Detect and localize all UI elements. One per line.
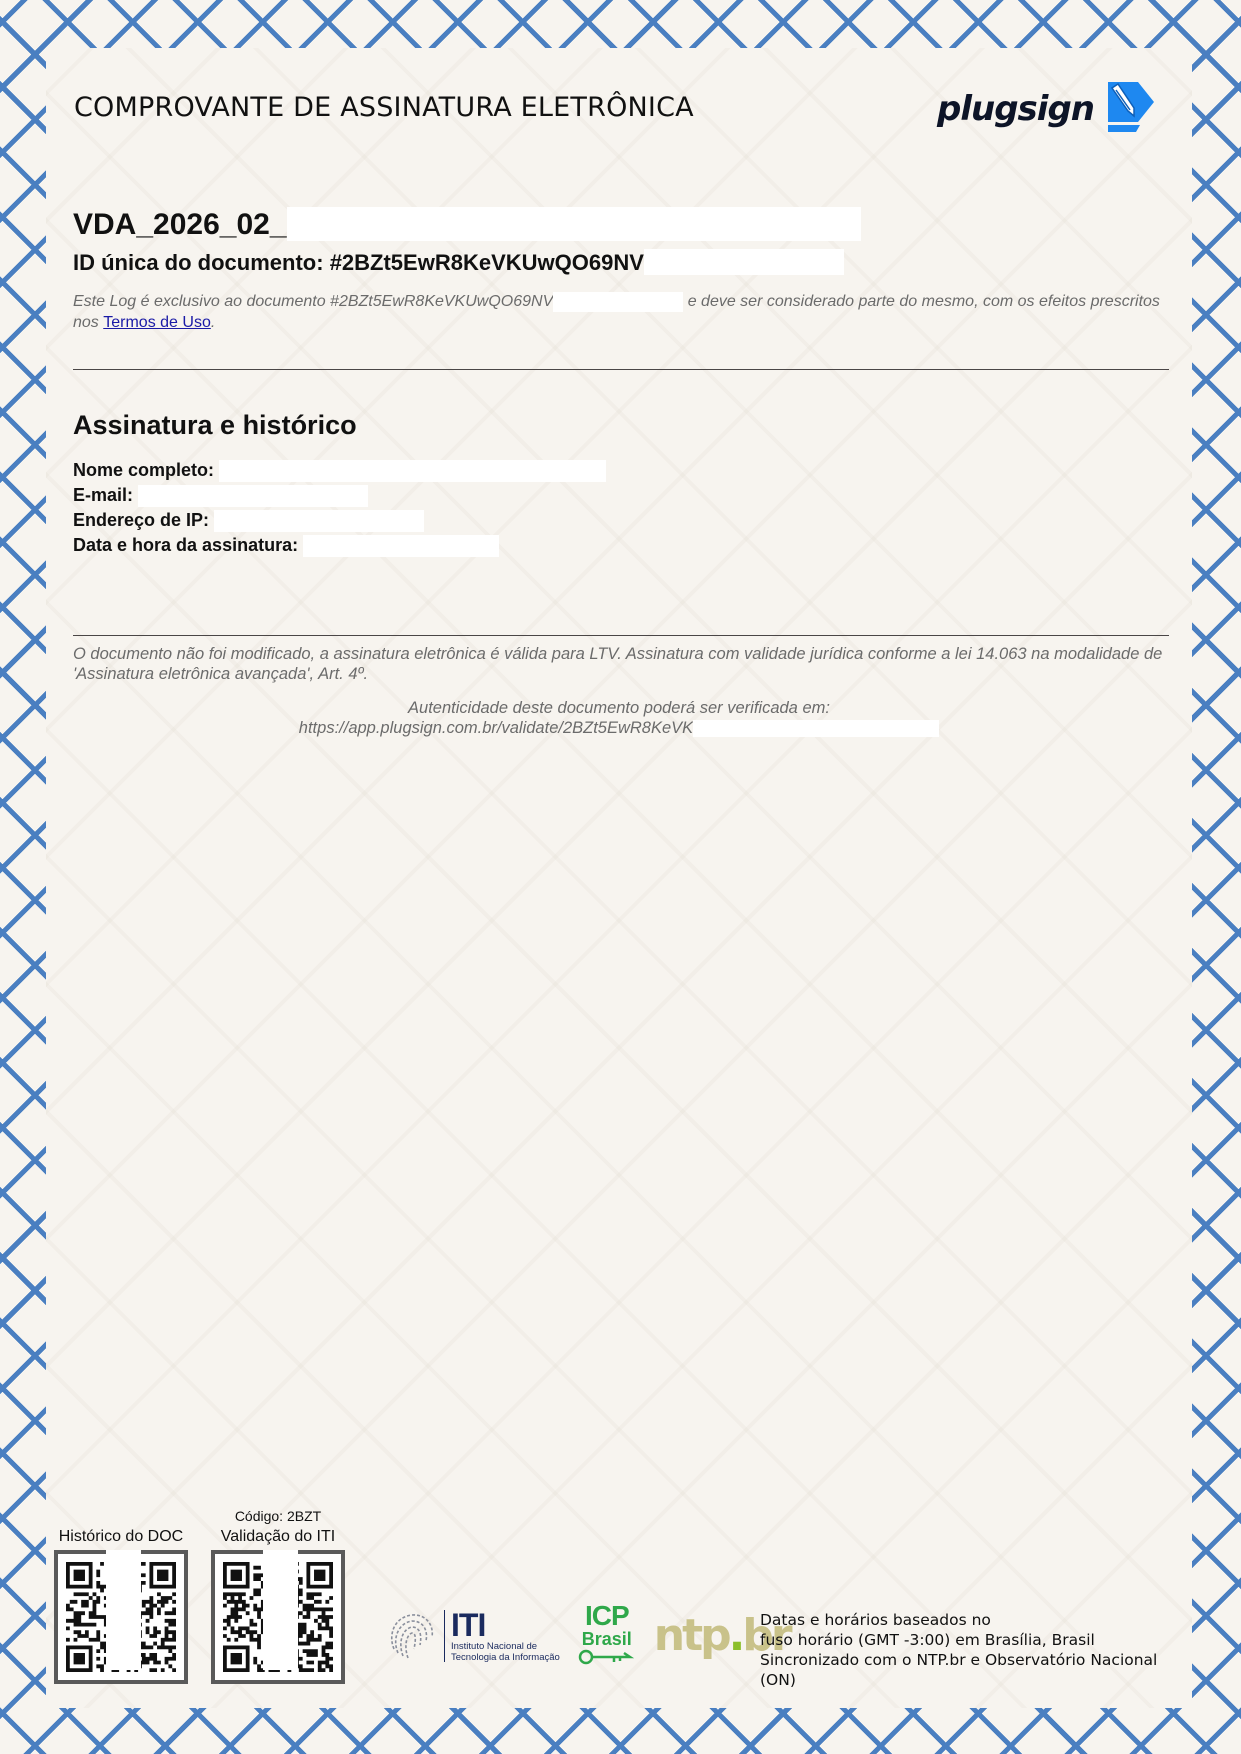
page-title: COMPROVANTE DE ASSINATURA ELETRÔNICA	[74, 92, 694, 123]
fingerprint-icon	[384, 1605, 438, 1668]
redacted-document-name	[287, 207, 861, 241]
terms-of-use-link[interactable]: Termos de Uso	[103, 314, 211, 331]
verification-info: Autenticidade deste documento poderá ser…	[46, 698, 1192, 738]
qr-iti-label: Validação do ITI	[211, 1528, 345, 1550]
receipt-page: COMPROVANTE DE ASSINATURA ELETRÔNICA plu…	[46, 48, 1192, 1708]
redacted-url-fragment	[693, 720, 939, 737]
redacted-email	[138, 485, 368, 507]
qr-code-history[interactable]	[54, 1550, 188, 1684]
redacted-signature-datetime	[303, 535, 499, 557]
icp-brasil-logo: ICP Brasil	[578, 1602, 636, 1670]
document-id-value: #2BZt5EwR8KeVKUwQO69NV	[330, 250, 644, 275]
field-email: E-mail:	[73, 483, 606, 508]
redacted-ip-address	[214, 510, 424, 532]
divider	[73, 635, 1169, 636]
qr-history-label: Histórico do DOC	[54, 1528, 188, 1550]
verification-url[interactable]: https://app.plugsign.com.br/validate/2BZ…	[299, 719, 693, 737]
redacted-full-name	[219, 460, 606, 482]
divider	[73, 369, 1169, 370]
log-exclusivity-note: Este Log é exclusivo ao documento #2BZt5…	[73, 291, 1163, 333]
document-name: VDA_2026_02_	[73, 208, 861, 242]
qr-history: Histórico do DOC	[54, 1508, 188, 1684]
logo-text: plugsign	[937, 89, 1094, 129]
qr-code-label: Código: 2BZT	[211, 1508, 345, 1528]
key-icon	[578, 1648, 636, 1670]
qr-code-iti[interactable]	[211, 1550, 345, 1684]
iti-logo: ITI Instituto Nacional de Tecnologia da …	[384, 1605, 560, 1668]
legal-validity-statement: O documento não foi modificado, a assina…	[73, 644, 1169, 684]
field-ip-address: Endereço de IP:	[73, 508, 606, 533]
pen-signature-icon	[1104, 78, 1156, 139]
plugsign-logo: plugsign	[937, 78, 1156, 139]
signature-fields: Nome completo: E-mail: Endereço de IP: D…	[73, 458, 606, 558]
redacted-document-id	[644, 249, 844, 275]
redacted-id-fragment	[553, 292, 683, 312]
field-signature-datetime: Data e hora da assinatura:	[73, 533, 606, 558]
qr-iti-validation: Código: 2BZT Validação do ITI	[211, 1508, 345, 1684]
document-id: ID única do documento: #2BZt5EwR8KeVKUwQ…	[73, 250, 844, 276]
partner-logos: ITI Instituto Nacional de Tecnologia da …	[384, 1602, 790, 1670]
field-full-name: Nome completo:	[73, 458, 606, 483]
section-title: Assinatura e histórico	[73, 410, 357, 441]
timezone-note: Datas e horários baseados no fuso horári…	[760, 1610, 1192, 1690]
